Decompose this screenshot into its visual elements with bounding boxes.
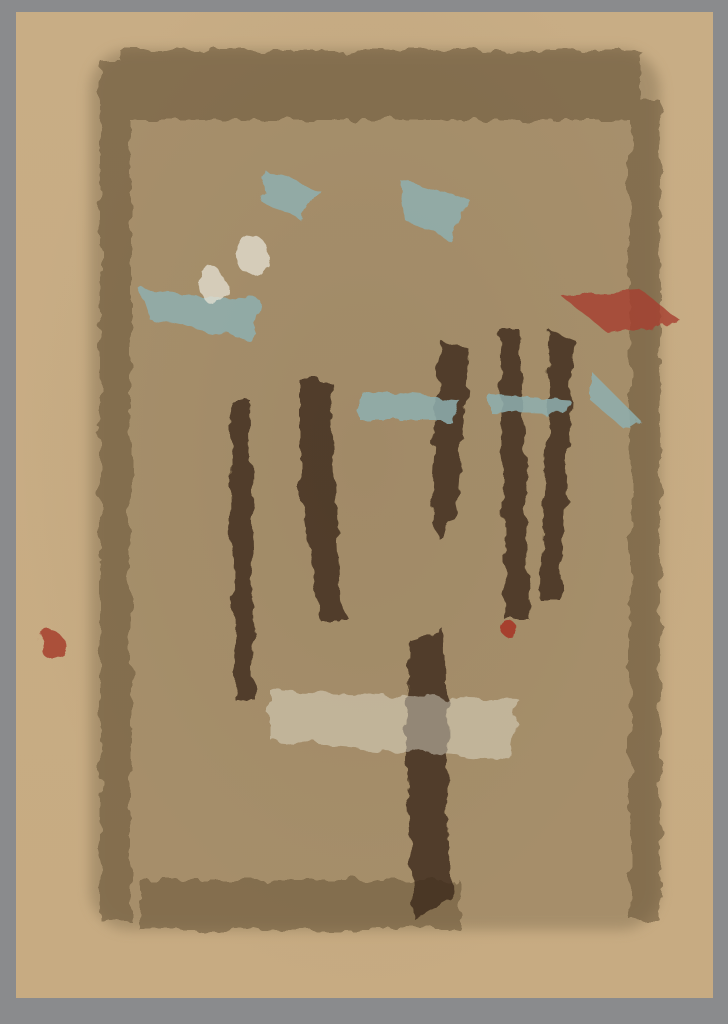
painting-strokes (0, 0, 728, 1024)
